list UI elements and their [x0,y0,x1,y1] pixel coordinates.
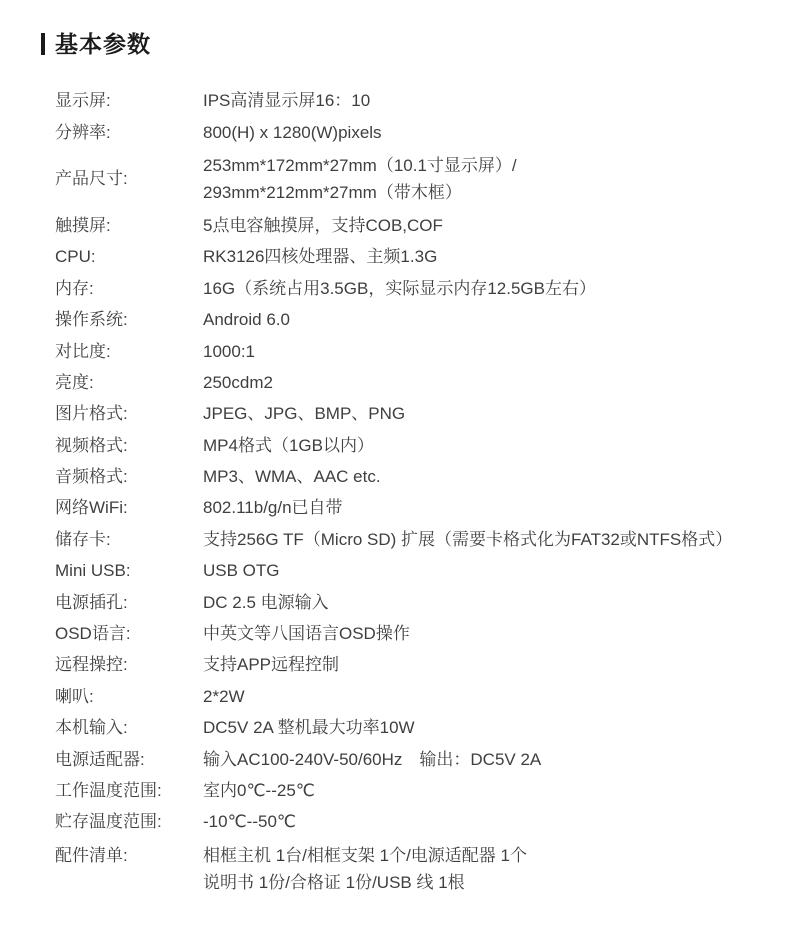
spec-row: 电源插孔:DC 2.5 电源输入 [0,586,790,617]
spec-value: 相框主机 1台/相框支架 1个/电源适配器 1个说明书 1份/合格证 1份/US… [203,842,527,896]
spec-row: OSD语言:中英文等八国语言OSD操作 [0,618,790,649]
spec-row: 工作温度范围:室内0℃--25℃ [0,775,790,806]
spec-value: 16G（系统占用3.5GB，实际显示内存12.5GB左右） [203,275,596,302]
spec-value: 中英文等八国语言OSD操作 [203,620,410,647]
spec-value: JPEG、JPG、BMP、PNG [203,400,405,427]
spec-value: USB OTG [203,557,280,584]
spec-value: DC 2.5 电源输入 [203,589,329,616]
spec-label: 贮存温度范围: [55,808,203,835]
spec-value: 253mm*172mm*27mm（10.1寸显示屏）/293mm*212mm*2… [203,152,517,206]
spec-value-line: 支持APP远程控制 [203,651,339,678]
spec-row: Mini USB:USB OTG [0,555,790,586]
title-accent-bar-icon [41,33,45,55]
spec-value-line: 293mm*212mm*27mm（带木框） [203,179,517,206]
spec-value-line: 支持256G TF（Micro SD) 扩展（需要卡格式化为FAT32或NTFS… [203,526,732,553]
spec-label: 分辨率: [55,119,203,146]
spec-value-line: MP3、WMA、AAC etc. [203,463,381,490]
spec-label: 本机输入: [55,714,203,741]
spec-value: 支持APP远程控制 [203,651,339,678]
spec-row: 本机输入:DC5V 2A 整机最大功率10W [0,712,790,743]
spec-label: 亮度: [55,369,203,396]
spec-row: 贮存温度范围:-10℃--50℃ [0,806,790,837]
spec-row: CPU:RK3126四核处理器、主频1.3G [0,241,790,272]
spec-label: 内存: [55,275,203,302]
spec-label: 显示屏: [55,87,203,114]
spec-value: 输入AC100-240V-50/60Hz 输出：DC5V 2A [203,746,541,773]
spec-value: MP3、WMA、AAC etc. [203,463,381,490]
spec-value-line: 5点电容触摸屏，支持COB,COF [203,212,443,239]
spec-label: 图片格式: [55,400,203,427]
spec-value-line: 说明书 1份/合格证 1份/USB 线 1根 [203,869,527,896]
spec-value-line: 253mm*172mm*27mm（10.1寸显示屏）/ [203,152,517,179]
spec-row: 储存卡:支持256G TF（Micro SD) 扩展（需要卡格式化为FAT32或… [0,524,790,555]
spec-value-line: 802.11b/g/n已自带 [203,494,343,521]
spec-value-line: 1000:1 [203,338,255,365]
spec-row: 喇叭:2*2W [0,681,790,712]
spec-row: 网络WiFi:802.11b/g/n已自带 [0,492,790,523]
spec-value-line: 250cdm2 [203,369,273,396]
spec-label: 储存卡: [55,526,203,553]
spec-list: 显示屏:IPS高清显示屏16：10分辨率:800(H) x 1280(W)pix… [0,85,790,900]
spec-label: 对比度: [55,338,203,365]
spec-label: 视频格式: [55,432,203,459]
spec-label: 音频格式: [55,463,203,490]
spec-label: 操作系统: [55,306,203,333]
spec-row: 产品尺寸:253mm*172mm*27mm（10.1寸显示屏）/293mm*21… [0,148,790,210]
spec-value-line: 16G（系统占用3.5GB，实际显示内存12.5GB左右） [203,275,596,302]
spec-row: 操作系统:Android 6.0 [0,304,790,335]
spec-value-line: MP4格式（1GB以内） [203,432,374,459]
spec-value-line: 室内0℃--25℃ [203,777,315,804]
spec-value-line: RK3126四核处理器、主频1.3G [203,243,437,270]
section-header: 基本参数 [41,31,790,57]
spec-label: 工作温度范围: [55,777,203,804]
spec-label: OSD语言: [55,620,203,647]
spec-value-line: IPS高清显示屏16：10 [203,87,370,114]
spec-value-line: DC5V 2A 整机最大功率10W [203,714,415,741]
spec-label: 网络WiFi: [55,494,203,521]
spec-value-line: 2*2W [203,683,245,710]
spec-label: 电源适配器: [55,746,203,773]
spec-value: 2*2W [203,683,245,710]
spec-value-line: Android 6.0 [203,306,290,333]
spec-value-line: -10℃--50℃ [203,808,296,835]
spec-row: 电源适配器:输入AC100-240V-50/60Hz 输出：DC5V 2A [0,743,790,774]
spec-row: 视频格式:MP4格式（1GB以内） [0,430,790,461]
spec-label: CPU: [55,243,203,270]
spec-row: 显示屏:IPS高清显示屏16：10 [0,85,790,116]
spec-row: 图片格式:JPEG、JPG、BMP、PNG [0,398,790,429]
spec-value-line: 800(H) x 1280(W)pixels [203,119,382,146]
spec-value-line: 输入AC100-240V-50/60Hz 输出：DC5V 2A [203,746,541,773]
spec-label: 喇叭: [55,683,203,710]
spec-label: Mini USB: [55,557,203,584]
spec-value: Android 6.0 [203,306,290,333]
spec-value: RK3126四核处理器、主频1.3G [203,243,437,270]
spec-row: 亮度:250cdm2 [0,367,790,398]
spec-value: 250cdm2 [203,369,273,396]
spec-value-line: 相框主机 1台/相框支架 1个/电源适配器 1个 [203,842,527,869]
spec-value: DC5V 2A 整机最大功率10W [203,714,415,741]
spec-value: IPS高清显示屏16：10 [203,87,370,114]
spec-row: 分辨率:800(H) x 1280(W)pixels [0,116,790,147]
page-title: 基本参数 [55,31,151,57]
spec-row: 配件清单:相框主机 1台/相框支架 1个/电源适配器 1个说明书 1份/合格证 … [0,838,790,900]
spec-row: 远程操控:支持APP远程控制 [0,649,790,680]
spec-label: 电源插孔: [55,589,203,616]
spec-value: MP4格式（1GB以内） [203,432,374,459]
spec-value-line: DC 2.5 电源输入 [203,589,329,616]
spec-value-line: 中英文等八国语言OSD操作 [203,620,410,647]
spec-value: 802.11b/g/n已自带 [203,494,343,521]
spec-label: 配件清单: [55,842,203,869]
spec-label: 远程操控: [55,651,203,678]
spec-value: 室内0℃--25℃ [203,777,315,804]
spec-value: -10℃--50℃ [203,808,296,835]
spec-row: 音频格式:MP3、WMA、AAC etc. [0,461,790,492]
spec-row: 内存:16G（系统占用3.5GB，实际显示内存12.5GB左右） [0,273,790,304]
spec-row: 对比度:1000:1 [0,335,790,366]
spec-value-line: USB OTG [203,557,280,584]
spec-label: 产品尺寸: [55,165,203,192]
spec-value: 支持256G TF（Micro SD) 扩展（需要卡格式化为FAT32或NTFS… [203,526,732,553]
spec-value-line: JPEG、JPG、BMP、PNG [203,400,405,427]
spec-value: 800(H) x 1280(W)pixels [203,119,382,146]
spec-value: 5点电容触摸屏，支持COB,COF [203,212,443,239]
spec-value: 1000:1 [203,338,255,365]
spec-label: 触摸屏: [55,212,203,239]
spec-sheet-page: 基本参数 显示屏:IPS高清显示屏16：10分辨率:800(H) x 1280(… [0,0,790,948]
spec-row: 触摸屏:5点电容触摸屏，支持COB,COF [0,210,790,241]
